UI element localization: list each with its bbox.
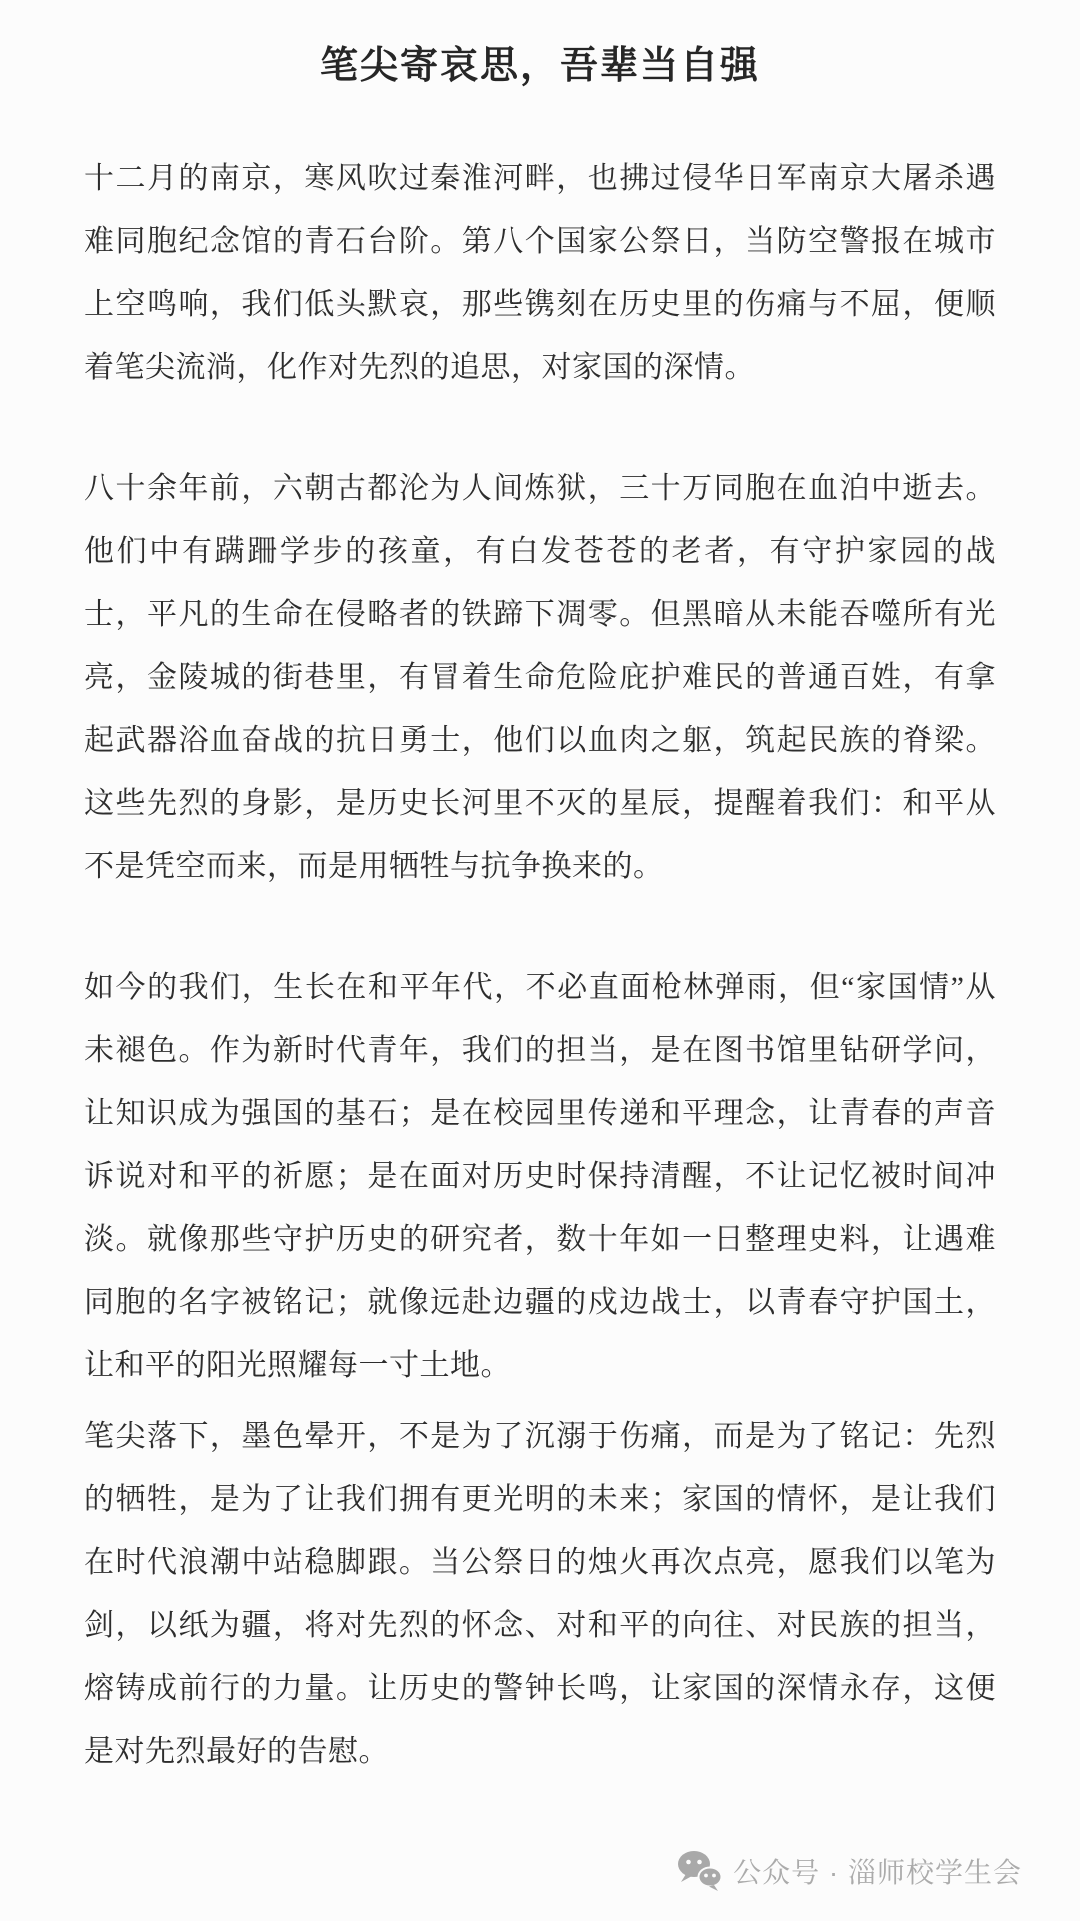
wechat-icon	[677, 1850, 723, 1892]
essay-paragraph-1: 十二月的南京，寒风吹过秦淮河畔，也拂过侵华日军南京大屠杀遇难同胞纪念馆的青石台阶…	[84, 147, 996, 399]
essay-title: 笔尖寄哀思，吾辈当自强	[84, 34, 996, 89]
essay-paragraph-3: 如今的我们，生长在和平年代，不必直面枪林弹雨，但“家国情”从未褪色。作为新时代青…	[84, 956, 996, 1397]
essay-paragraph-4: 笔尖落下，墨色晕开，不是为了沉溺于伤痛，而是为了铭记：先烈的牺牲，是为了让我们拥…	[84, 1405, 996, 1783]
essay-content: 笔尖寄哀思，吾辈当自强 十二月的南京，寒风吹过秦淮河畔，也拂过侵华日军南京大屠杀…	[0, 0, 1080, 1783]
watermark-text: 公众号 · 淄师校学生会	[733, 1851, 1022, 1891]
document-page: 笔尖寄哀思，吾辈当自强 十二月的南京，寒风吹过秦淮河畔，也拂过侵华日军南京大屠杀…	[0, 0, 1080, 1921]
essay-paragraph-2: 八十余年前，六朝古都沦为人间炼狱，三十万同胞在血泊中逝去。他们中有蹒跚学步的孩童…	[84, 457, 996, 898]
watermark: 公众号 · 淄师校学生会	[677, 1850, 1022, 1892]
